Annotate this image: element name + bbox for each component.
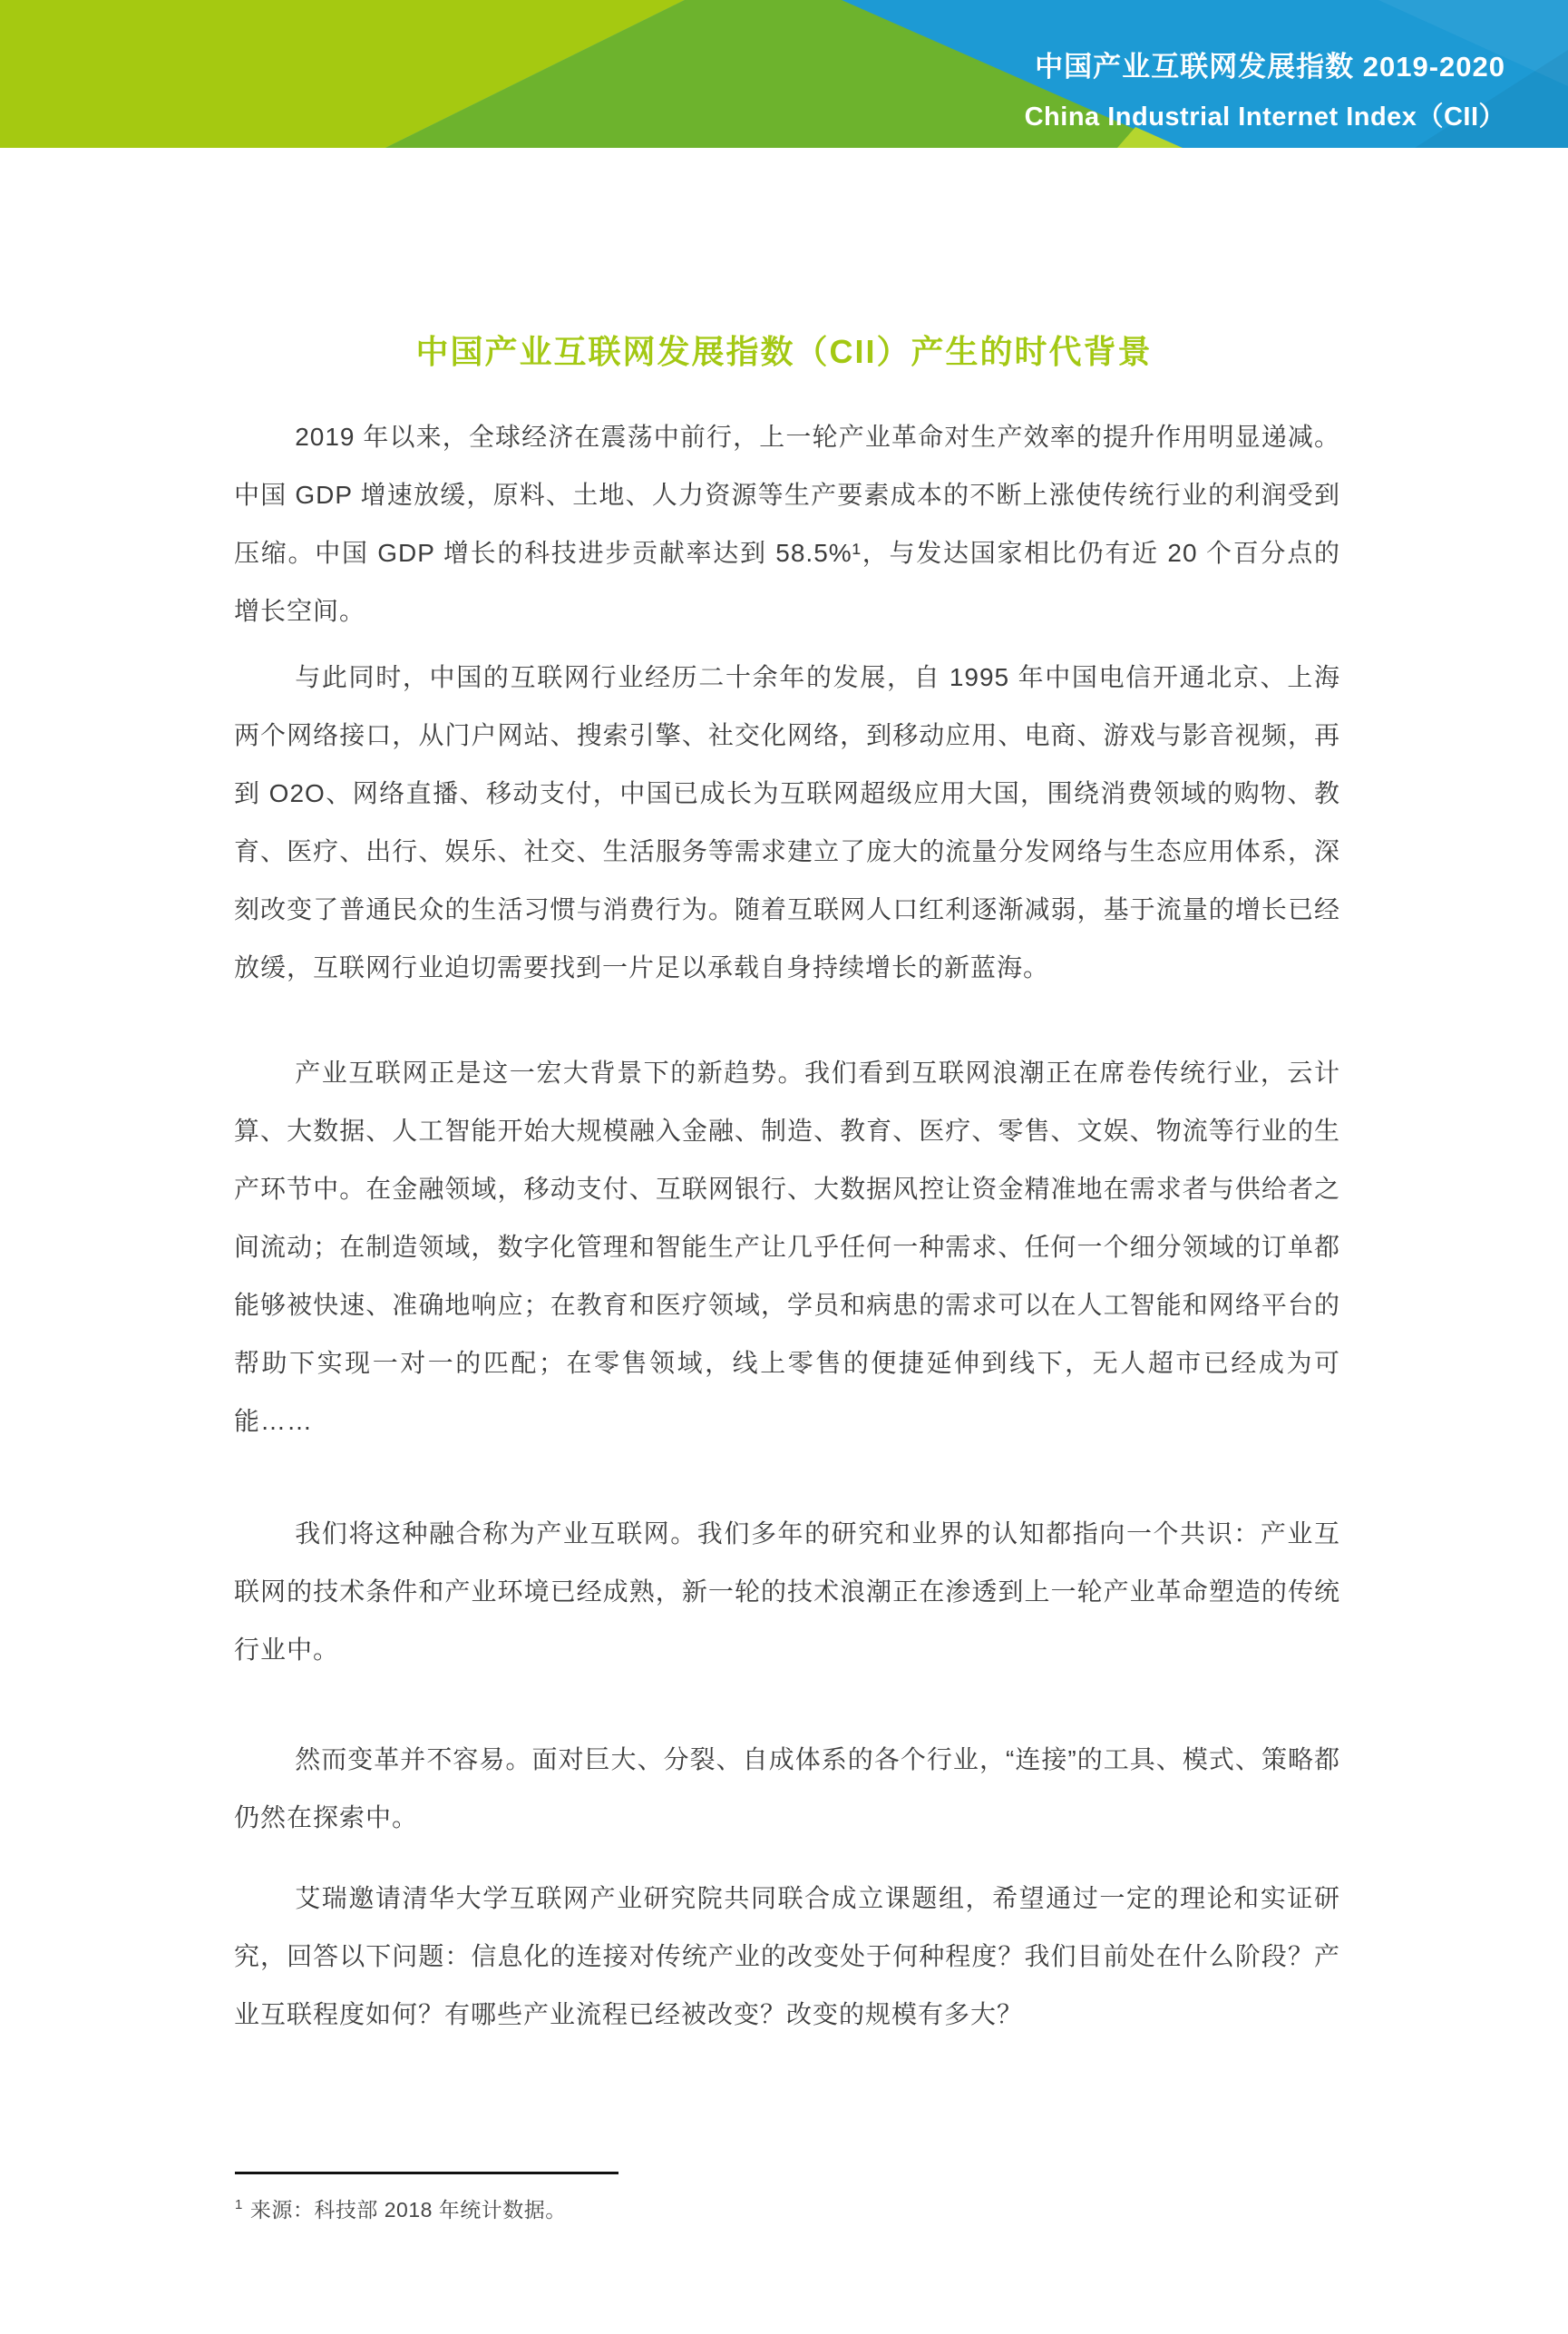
body-text: 2019 年以来，全球经济在震荡中前行，上一轮产业革命对生产效率的提升作用明显递…	[234, 408, 1340, 2044]
paragraph-6: 艾瑞邀请清华大学互联网产业研究院共同联合成立课题组，希望通过一定的理论和实证研究…	[234, 1870, 1340, 2044]
paragraph-3: 产业互联网正是这一宏大背景下的新趋势。我们看到互联网浪潮正在席卷传统行业，云计算…	[234, 1044, 1340, 1450]
report-title-en: China Industrial Internet Index（CII）	[1025, 96, 1505, 133]
footnote-marker: 1	[235, 2197, 243, 2212]
report-page: 中国产业互联网发展指数 2019-2020 China Industrial I…	[0, 0, 1568, 2334]
footnote-text: 来源：科技部 2018 年统计数据。	[250, 2198, 567, 2222]
footnote: 1来源：科技部 2018 年统计数据。	[235, 2193, 1341, 2223]
page-title: 中国产业互联网发展指数（CII）产生的时代背景	[0, 327, 1568, 373]
footnote-separator	[235, 2172, 618, 2174]
paragraph-1: 2019 年以来，全球经济在震荡中前行，上一轮产业革命对生产效率的提升作用明显递…	[234, 408, 1340, 640]
paragraph-2: 与此同时，中国的互联网行业经历二十余年的发展，自 1995 年中国电信开通北京、…	[234, 649, 1340, 997]
paragraph-5: 然而变革并不容易。面对巨大、分裂、自成体系的各个行业，“连接”的工具、模式、策略…	[234, 1731, 1340, 1847]
report-header-banner: 中国产业互联网发展指数 2019-2020 China Industrial I…	[0, 0, 1568, 148]
paragraph-4: 我们将这种融合称为产业互联网。我们多年的研究和业界的认知都指向一个共识：产业互联…	[234, 1505, 1340, 1679]
report-title-zh: 中国产业互联网发展指数 2019-2020	[1035, 44, 1505, 84]
